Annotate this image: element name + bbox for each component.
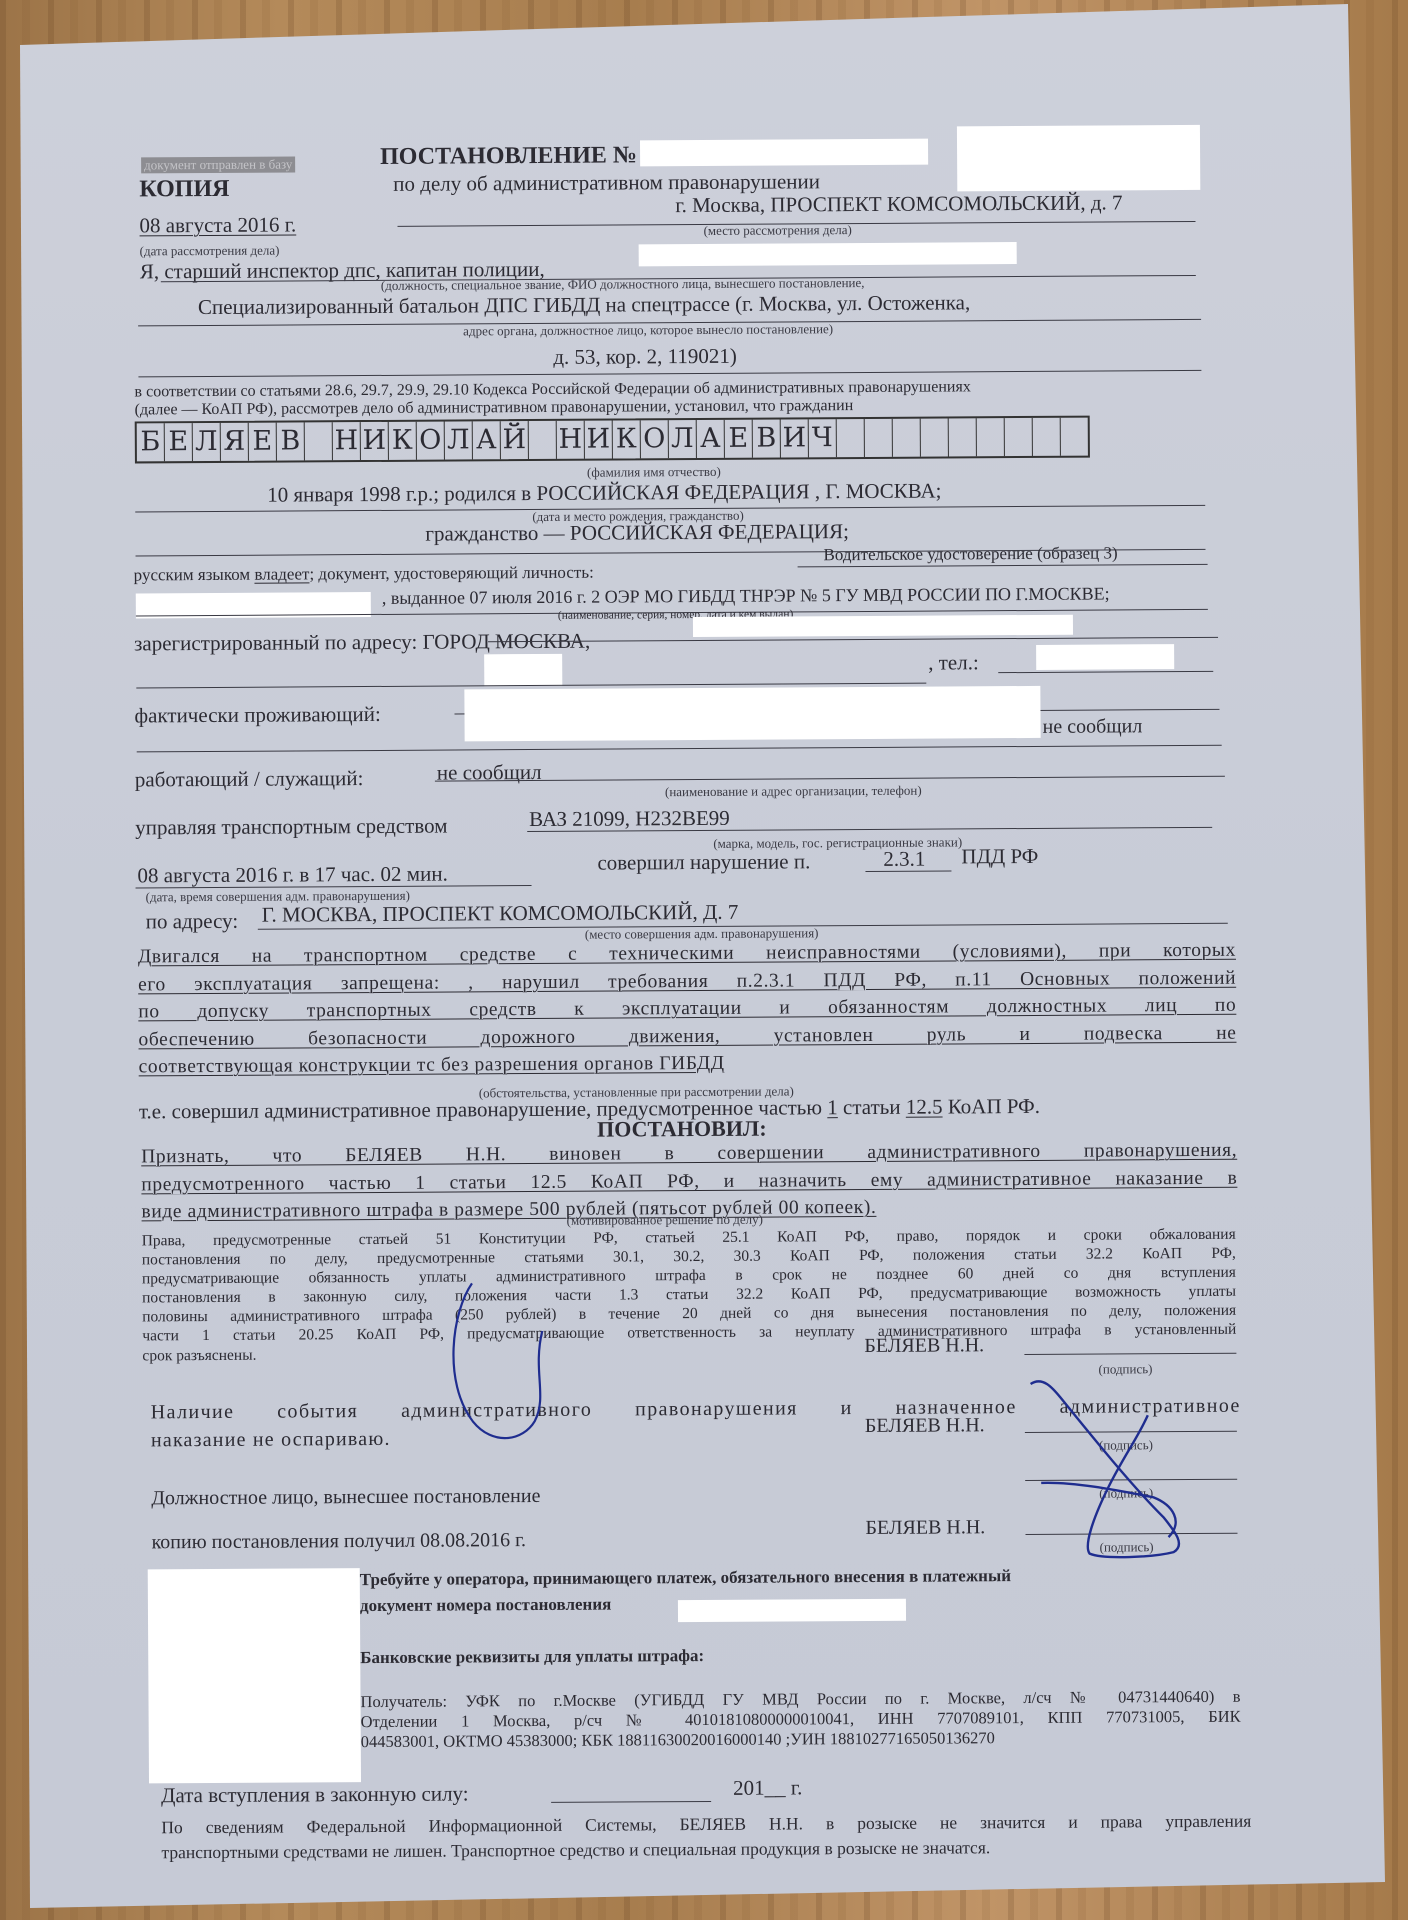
- redacted-residing-address: [464, 686, 1040, 742]
- language-value: владеет: [254, 564, 309, 583]
- name-cell: О: [417, 422, 445, 460]
- person-citizenship: гражданство — РОССИЙСКАЯ ФЕДЕРАЦИЯ;: [425, 519, 849, 547]
- name-cell: Л: [669, 420, 697, 458]
- violation-clause-prefix: совершил нарушение п.: [597, 849, 810, 875]
- redacted-barcode: [957, 125, 1200, 191]
- name-cell: [1033, 418, 1061, 456]
- redacted-resolution-number: [640, 139, 928, 167]
- qualification-code: КоАП РФ.: [948, 1094, 1040, 1119]
- redacted-address-part: [484, 654, 562, 686]
- official-label: Должностное лицо, вынесшее постановление: [151, 1485, 540, 1510]
- officer-org-caption: адрес органа, должностное лицо, которое …: [463, 321, 833, 339]
- name-cell: И: [361, 422, 389, 460]
- copy-signer: БЕЛЯЕВ Н.Н.: [865, 1516, 985, 1540]
- name-cell: Л: [445, 421, 473, 459]
- name-cell: [305, 422, 333, 460]
- name-cell: И: [585, 421, 613, 459]
- case-date: 08 августа 2016 г.: [139, 212, 296, 238]
- name-cell: [1005, 418, 1033, 456]
- person-name-boxes: БЕЛЯЕВНИКОЛАЙНИКОЛАЕВИЧ: [135, 416, 1090, 464]
- name-cell: Е: [249, 423, 277, 461]
- violation-address: Г. МОСКВА, ПРОСПЕКТ КОМСОМОЛЬСКИЙ, Д. 7: [262, 900, 739, 928]
- registered-label-text: зарегистрированный по адресу:: [134, 630, 417, 656]
- payment-notice-line1: Требуйте у оператора, принимающего плате…: [360, 1566, 1011, 1590]
- legal-basis-line2: (далее — КоАП РФ), рассмотрев дело об ад…: [135, 397, 854, 419]
- id-doc-type: Водительское удостоверение (образец 3): [823, 543, 1117, 565]
- sent-to-database-stamp: документ отправлен в базу: [141, 156, 295, 173]
- registered-line: [488, 637, 1218, 642]
- violation-address-label: по адресу:: [146, 909, 239, 935]
- name-cell: Я: [221, 423, 249, 461]
- fis-notice: По сведениям Федеральной Информационной …: [161, 1809, 1251, 1866]
- name-cell: [1061, 418, 1088, 456]
- name-cell: [921, 418, 949, 456]
- rights-signature-line[interactable]: [1024, 1353, 1236, 1355]
- officer-org-line1: Специализированный батальон ДПС ГИБДД на…: [198, 290, 970, 320]
- name-cell: К: [613, 420, 641, 458]
- name-cell: К: [389, 422, 417, 460]
- effective-date-label: Дата вступления в законную силу:: [161, 1781, 469, 1808]
- effective-date-line[interactable]: [551, 1801, 711, 1803]
- name-cell: О: [641, 420, 669, 458]
- acknowledgement-line2: наказание не оспариваю.: [151, 1428, 391, 1452]
- acknowledgement-sign-caption: (подпись): [1099, 1437, 1153, 1453]
- case-place-caption: (место рассмотрения дела): [703, 222, 851, 239]
- name-cell: Ч: [809, 419, 837, 457]
- name-cell: А: [473, 421, 501, 459]
- employer-value: не сообщил: [437, 760, 542, 786]
- violation-clause: 2.3.1: [883, 847, 925, 872]
- officer-org-line2: д. 53, кор. 2, 119021): [553, 344, 737, 370]
- name-cell: Е: [725, 420, 753, 458]
- rights-signer: БЕЛЯЕВ Н.Н.: [864, 1334, 984, 1358]
- violation-datetime: 08 августа 2016 г. в 17 час. 02 мин.: [137, 862, 447, 889]
- copy-received: копию постановления получил 08.08.2016 г…: [151, 1529, 526, 1554]
- violation-qualification: т.е. совершил административное правонару…: [139, 1094, 1040, 1125]
- qualification-part: 1: [827, 1095, 838, 1119]
- vehicle-label: управляя транспортным средством: [135, 814, 447, 841]
- name-cell: [977, 418, 1005, 456]
- text-line: соответствующая конструкции тс без разре…: [139, 1047, 1237, 1081]
- registered-label: зарегистрированный по адресу: ГОРОД МОСК…: [134, 629, 590, 657]
- violation-clause-suffix: ПДД РФ: [961, 844, 1038, 869]
- copy-sign-caption: (подпись): [1100, 1539, 1154, 1555]
- name-cell: Е: [165, 423, 193, 461]
- violation-circumstances: Двигался на транспортном средстве с техн…: [138, 937, 1237, 1081]
- person-birth: 10 января 1998 г.р.; родился в РОССИЙСКА…: [267, 479, 941, 508]
- name-cell: [865, 419, 893, 457]
- residing-tail: не сообщил: [1043, 715, 1143, 739]
- name-cell: [529, 421, 557, 459]
- redacted-qr-code: [148, 1568, 361, 1783]
- document: документ отправлен в базу КОПИЯ ПОСТАНОВ…: [0, 0, 1408, 1920]
- residing-line-2: [137, 745, 1222, 753]
- violation-clause-line: [865, 870, 951, 872]
- payment-notice-line2: документ номера постановления: [360, 1595, 611, 1617]
- name-cell: А: [697, 420, 725, 458]
- case-place: г. Москва, ПРОСПЕКТ КОМСОМОЛЬСКИЙ, д. 7: [675, 190, 1122, 218]
- name-cell: В: [277, 422, 305, 460]
- decision-heading: ПОСТАНОВИЛ:: [597, 1116, 767, 1143]
- employer-line: [435, 776, 1225, 782]
- decision-caption: (мотивированное решение по делу): [567, 1212, 763, 1229]
- id-doc-issued: , выданное 07 июля 2016 г. 2 ОЭР МО ГИБД…: [382, 583, 1110, 608]
- case-date-caption: (дата рассмотрения дела): [140, 243, 280, 260]
- language-line: русским языком владеет; документ, удосто…: [134, 563, 594, 586]
- text-line: транспортными средствами не лишен. Транс…: [161, 1834, 1251, 1866]
- payment-recipient: Получатель: УФК по г.Москве (УГИБДД ГУ М…: [360, 1687, 1240, 1752]
- residing-label: фактически проживающий:: [134, 702, 380, 729]
- phone-label: , тел.:: [928, 650, 979, 675]
- redacted-phone: [1036, 644, 1174, 670]
- employer-caption: (наименование и адрес организации, телеф…: [665, 783, 922, 801]
- redacted-resolution-number-2: [678, 1599, 906, 1622]
- id-doc-label: ; документ, удостоверяющий личность:: [309, 563, 593, 584]
- name-cell: Л: [193, 423, 221, 461]
- official-sign-caption: (подпись): [1099, 1485, 1153, 1501]
- phone-line: [998, 671, 1213, 673]
- name-cell: Н: [557, 421, 585, 459]
- name-cell: Б: [137, 423, 165, 461]
- name-cell: В: [753, 419, 781, 457]
- copy-signature-line[interactable]: [1026, 1533, 1238, 1535]
- name-cell: [949, 418, 977, 456]
- name-cell: И: [781, 419, 809, 457]
- employer-label: работающий / служащий:: [135, 766, 364, 792]
- name-cell: Й: [501, 421, 529, 459]
- resolution-title: ПОСТАНОВЛЕНИЕ №: [380, 142, 637, 171]
- name-cell: [837, 419, 865, 457]
- qualification-article: 12.5: [906, 1095, 943, 1119]
- person-name-caption: (фамилия имя отчество): [587, 464, 721, 481]
- language-label: русским языком: [134, 565, 251, 585]
- redacted-registered-address: [693, 615, 1073, 637]
- acknowledgement-signer: БЕЛЯЕВ Н.Н.: [865, 1414, 985, 1438]
- acknowledgement-signature-line[interactable]: [1025, 1431, 1237, 1433]
- vehicle-value: ВАЗ 21099, Н232ВЕ99: [529, 806, 730, 832]
- name-cell: Н: [333, 422, 361, 460]
- official-signature-line[interactable]: [1025, 1479, 1237, 1481]
- qualification-article-word: статьи: [843, 1095, 901, 1119]
- acknowledgement-line1: Наличие события административного правон…: [151, 1395, 1241, 1425]
- bank-heading: Банковские реквизиты для уплаты штрафа:: [360, 1646, 704, 1668]
- name-cell: [893, 419, 921, 457]
- effective-year: 201__ г.: [733, 1775, 802, 1800]
- rights-text: Права, предусмотренные статьей 51 Консти…: [142, 1225, 1237, 1346]
- copy-label: КОПИЯ: [139, 176, 229, 204]
- rights-last-line: срок разъяснены.: [142, 1347, 256, 1366]
- text-line: 044583001, ОКТМО 45383000; КБК 188116300…: [361, 1727, 1241, 1752]
- org-line-2: [138, 370, 1201, 377]
- redacted-officer-name: [639, 242, 1017, 266]
- rights-sign-caption: (подпись): [1098, 1361, 1152, 1377]
